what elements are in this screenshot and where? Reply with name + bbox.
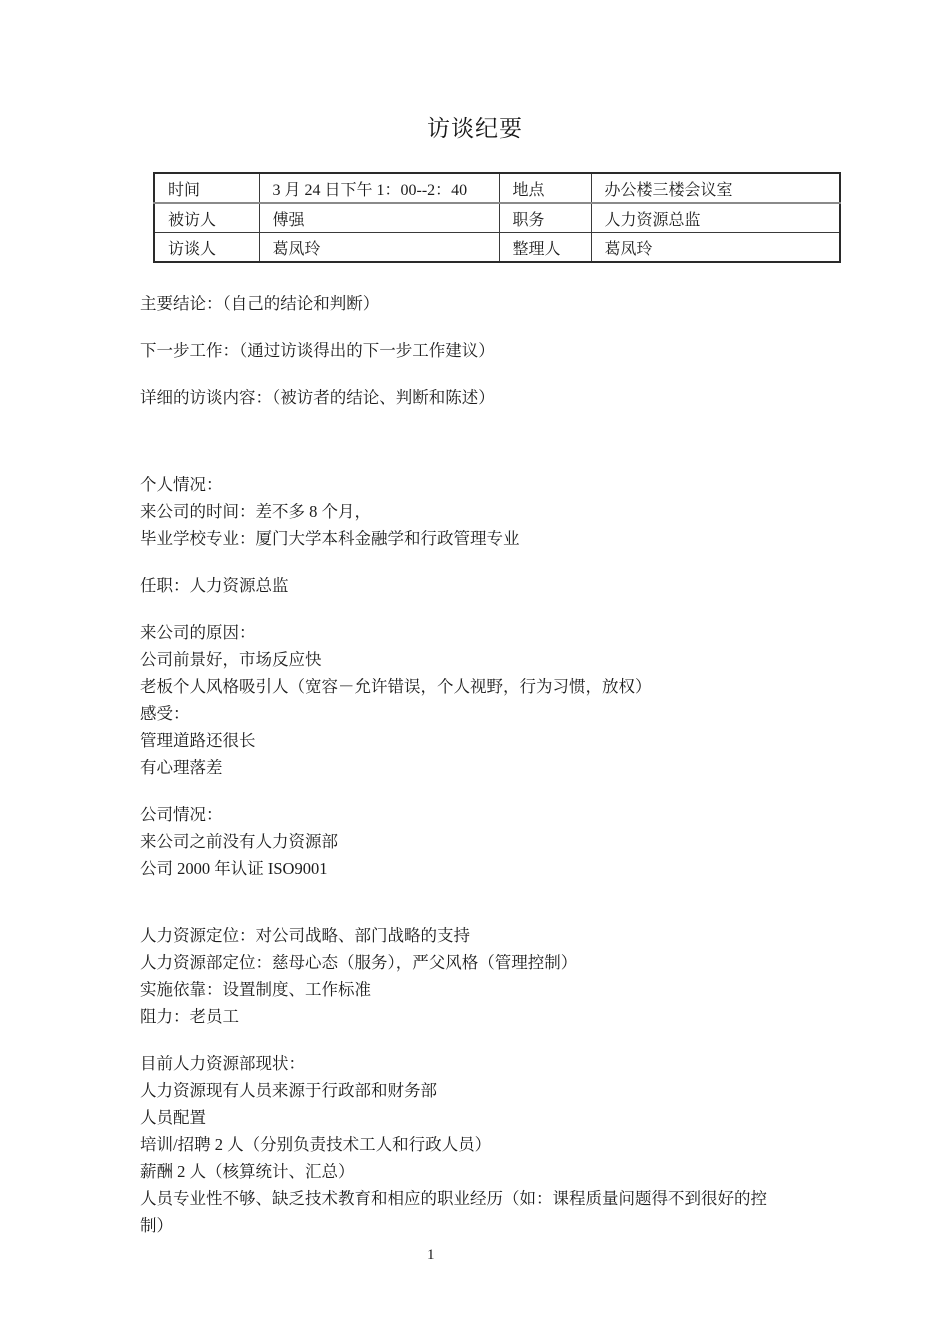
text-line: 公司情况： [140,801,830,828]
blank-line [140,552,830,572]
text-line: 人员专业性不够、缺乏技术教育和相应的职业经历（如：课程质量问题得不到很好的控 [140,1185,830,1212]
blank-line [140,1030,830,1050]
info-table: 时间 3 月 24 日下午 1：00--2：40 地点 办公楼三楼会议室 被访人… [153,172,841,263]
text-line: 管理道路还很长 [140,727,830,754]
text-line: 下一步工作：（通过访谈得出的下一步工作建议） [140,337,830,364]
text-line: 公司 2000 年认证 ISO9001 [140,855,830,882]
document-page: 访谈纪要 时间 3 月 24 日下午 1：00--2：40 地点 办公楼三楼会议… [0,0,950,1344]
position-label: 职务 [499,203,591,233]
text-line: 来公司的原因： [140,619,830,646]
blank-line [140,431,830,451]
position-value: 人力资源总监 [591,203,840,233]
text-line: 薪酬 2 人（核算统计、汇总） [140,1158,830,1185]
blank-line [140,364,830,384]
interviewer-label: 访谈人 [154,233,259,263]
blank-line [140,599,830,619]
interviewer-value: 葛凤玲 [259,233,499,263]
blank-line [140,317,830,337]
time-value: 3 月 24 日下午 1：00--2：40 [259,173,499,203]
text-line: 来公司之前没有人力资源部 [140,828,830,855]
text-line: 老板个人风格吸引人（宽容－允许错误，个人视野，行为习惯，放权） [140,673,830,700]
table-row: 访谈人 葛凤玲 整理人 葛凤玲 [154,233,840,263]
recorder-value: 葛凤玲 [591,233,840,263]
location-value: 办公楼三楼会议室 [591,173,840,203]
time-label: 时间 [154,173,259,203]
text-line: 详细的访谈内容：（被访者的结论、判断和陈述） [140,384,830,411]
location-label: 地点 [499,173,591,203]
table-row: 被访人 傅强 职务 人力资源总监 [154,203,840,233]
interviewee-label: 被访人 [154,203,259,233]
text-line: 人力资源现有人员来源于行政部和财务部 [140,1077,830,1104]
text-line: 培训/招聘 2 人（分别负责技术工人和行政人员） [140,1131,830,1158]
text-line: 人员配置 [140,1104,830,1131]
text-line: 毕业学校专业：厦门大学本科金融学和行政管理专业 [140,525,830,552]
blank-line [140,781,830,801]
table-row: 时间 3 月 24 日下午 1：00--2：40 地点 办公楼三楼会议室 [154,173,840,203]
text-line: 感受： [140,700,830,727]
text-line: 个人情况： [140,471,830,498]
body-text: 主要结论：（自己的结论和判断）下一步工作：（通过访谈得出的下一步工作建议）详细的… [140,290,830,1239]
blank-line [140,902,830,922]
text-line: 制） [140,1212,830,1239]
text-line: 任职：人力资源总监 [140,572,830,599]
recorder-label: 整理人 [499,233,591,263]
text-line: 阻力：老员工 [140,1003,830,1030]
blank-line [140,451,830,471]
text-line: 主要结论：（自己的结论和判断） [140,290,830,317]
blank-line [140,411,830,431]
blank-line [140,882,830,902]
text-line: 实施依靠：设置制度、工作标准 [140,976,830,1003]
text-line: 目前人力资源部现状： [140,1050,830,1077]
text-line: 人力资源部定位：慈母心态（服务），严父风格（管理控制） [140,949,830,976]
text-line: 有心理落差 [140,754,830,781]
interviewee-value: 傅强 [259,203,499,233]
text-line: 人力资源定位：对公司战略、部门战略的支持 [140,922,830,949]
text-line: 来公司的时间：差不多 8 个月， [140,498,830,525]
page-number: 1 [427,1246,435,1264]
page-title: 访谈纪要 [0,0,950,144]
text-line: 公司前景好，市场反应快 [140,646,830,673]
info-table-body: 时间 3 月 24 日下午 1：00--2：40 地点 办公楼三楼会议室 被访人… [154,173,840,262]
